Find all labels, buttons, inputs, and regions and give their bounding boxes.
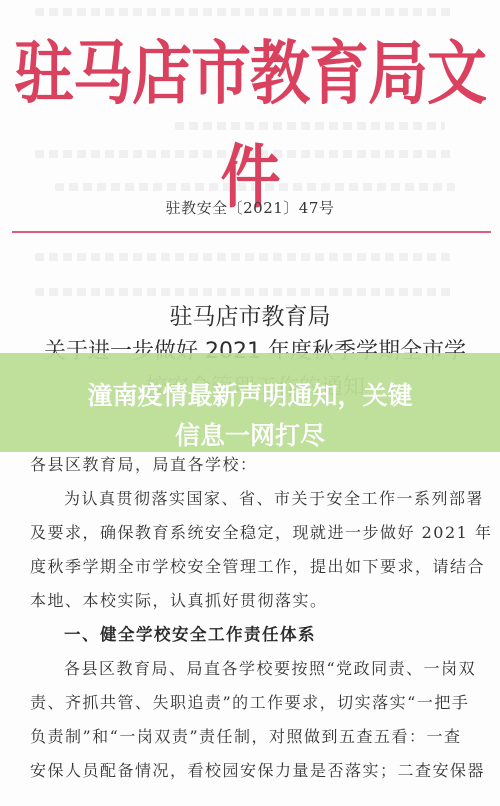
document-issuer: 驻马店市教育局 (0, 298, 500, 331)
body-line: 责、齐抓共管、失职追责”的工作要求，切实落实“一把手 (30, 686, 480, 720)
bleed-through-line (35, 253, 455, 261)
section-heading: 一、健全学校安全工作责任体系 (30, 618, 480, 652)
body-line: 本地、本校实际，认真抓好贯彻落实。 (30, 584, 480, 618)
headline-banner-text[interactable]: 潼南疫情最新声明通知，关键 信息一网打尽 (0, 376, 500, 456)
body-line: 负责制”和“一岗双责”责任制，对照做到五查五看：一查 (30, 720, 480, 754)
body-line: 及要求，确保教育系统安全稳定，现就进一步做好 2021 年 (30, 516, 480, 550)
body-line: 度秋季学期全市学校安全管理工作，提出如下要求，请结合 (30, 550, 480, 584)
body-line: 为认真贯彻落实国家、省、市关于安全工作一系列部署 (30, 482, 480, 516)
bleed-through-line (35, 8, 455, 16)
headline-line-2: 信息一网打尽 (0, 416, 500, 456)
body-line: 安保人员配备情况，看校园安保力量是否落实；二查安保器 (30, 754, 480, 788)
bleed-through-line (35, 288, 455, 296)
document-body: 各县区教育局，局直各学校： 为认真贯彻落实国家、省、市关于安全工作一系列部署 及… (30, 448, 480, 788)
body-line: 各县区教育局、局直各学校要按照“党政同责、一岗双 (30, 652, 480, 686)
red-divider (12, 231, 491, 233)
headline-line-1: 潼南疫情最新声明通知，关键 (0, 376, 500, 416)
document-number: 驻教安全〔2021〕47号 (0, 197, 500, 218)
